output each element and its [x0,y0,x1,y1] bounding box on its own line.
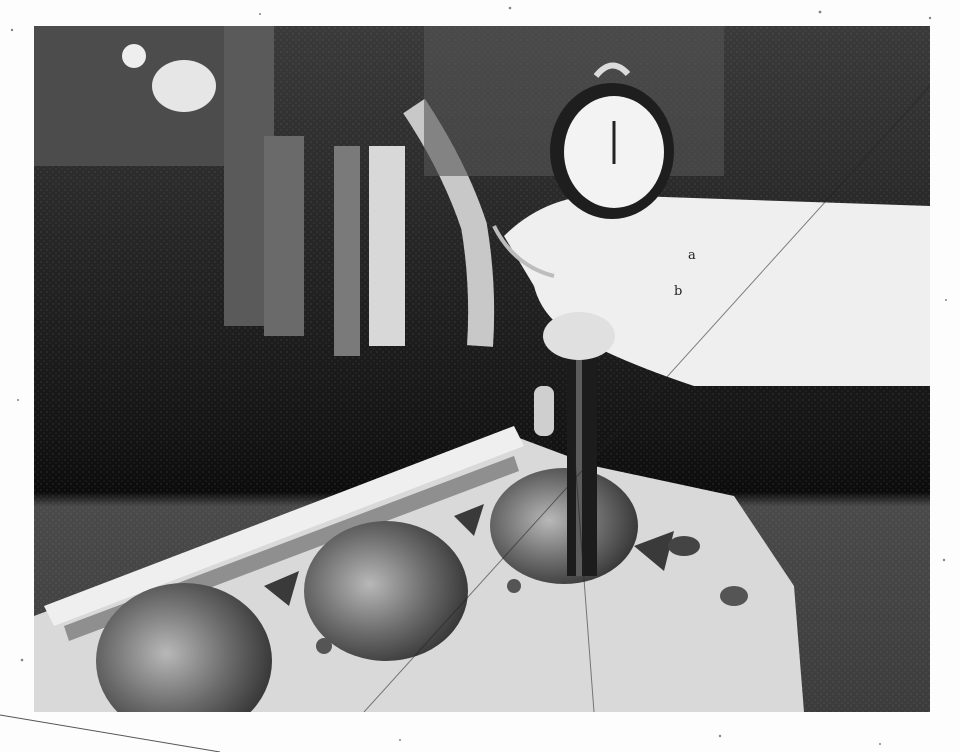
callout-label-a: a [688,248,696,263]
scanned-page: a b [0,0,960,752]
callout-label-b: b [674,284,682,299]
cylinder-3 [490,468,638,584]
engine-bore-photo: a b [34,26,930,712]
